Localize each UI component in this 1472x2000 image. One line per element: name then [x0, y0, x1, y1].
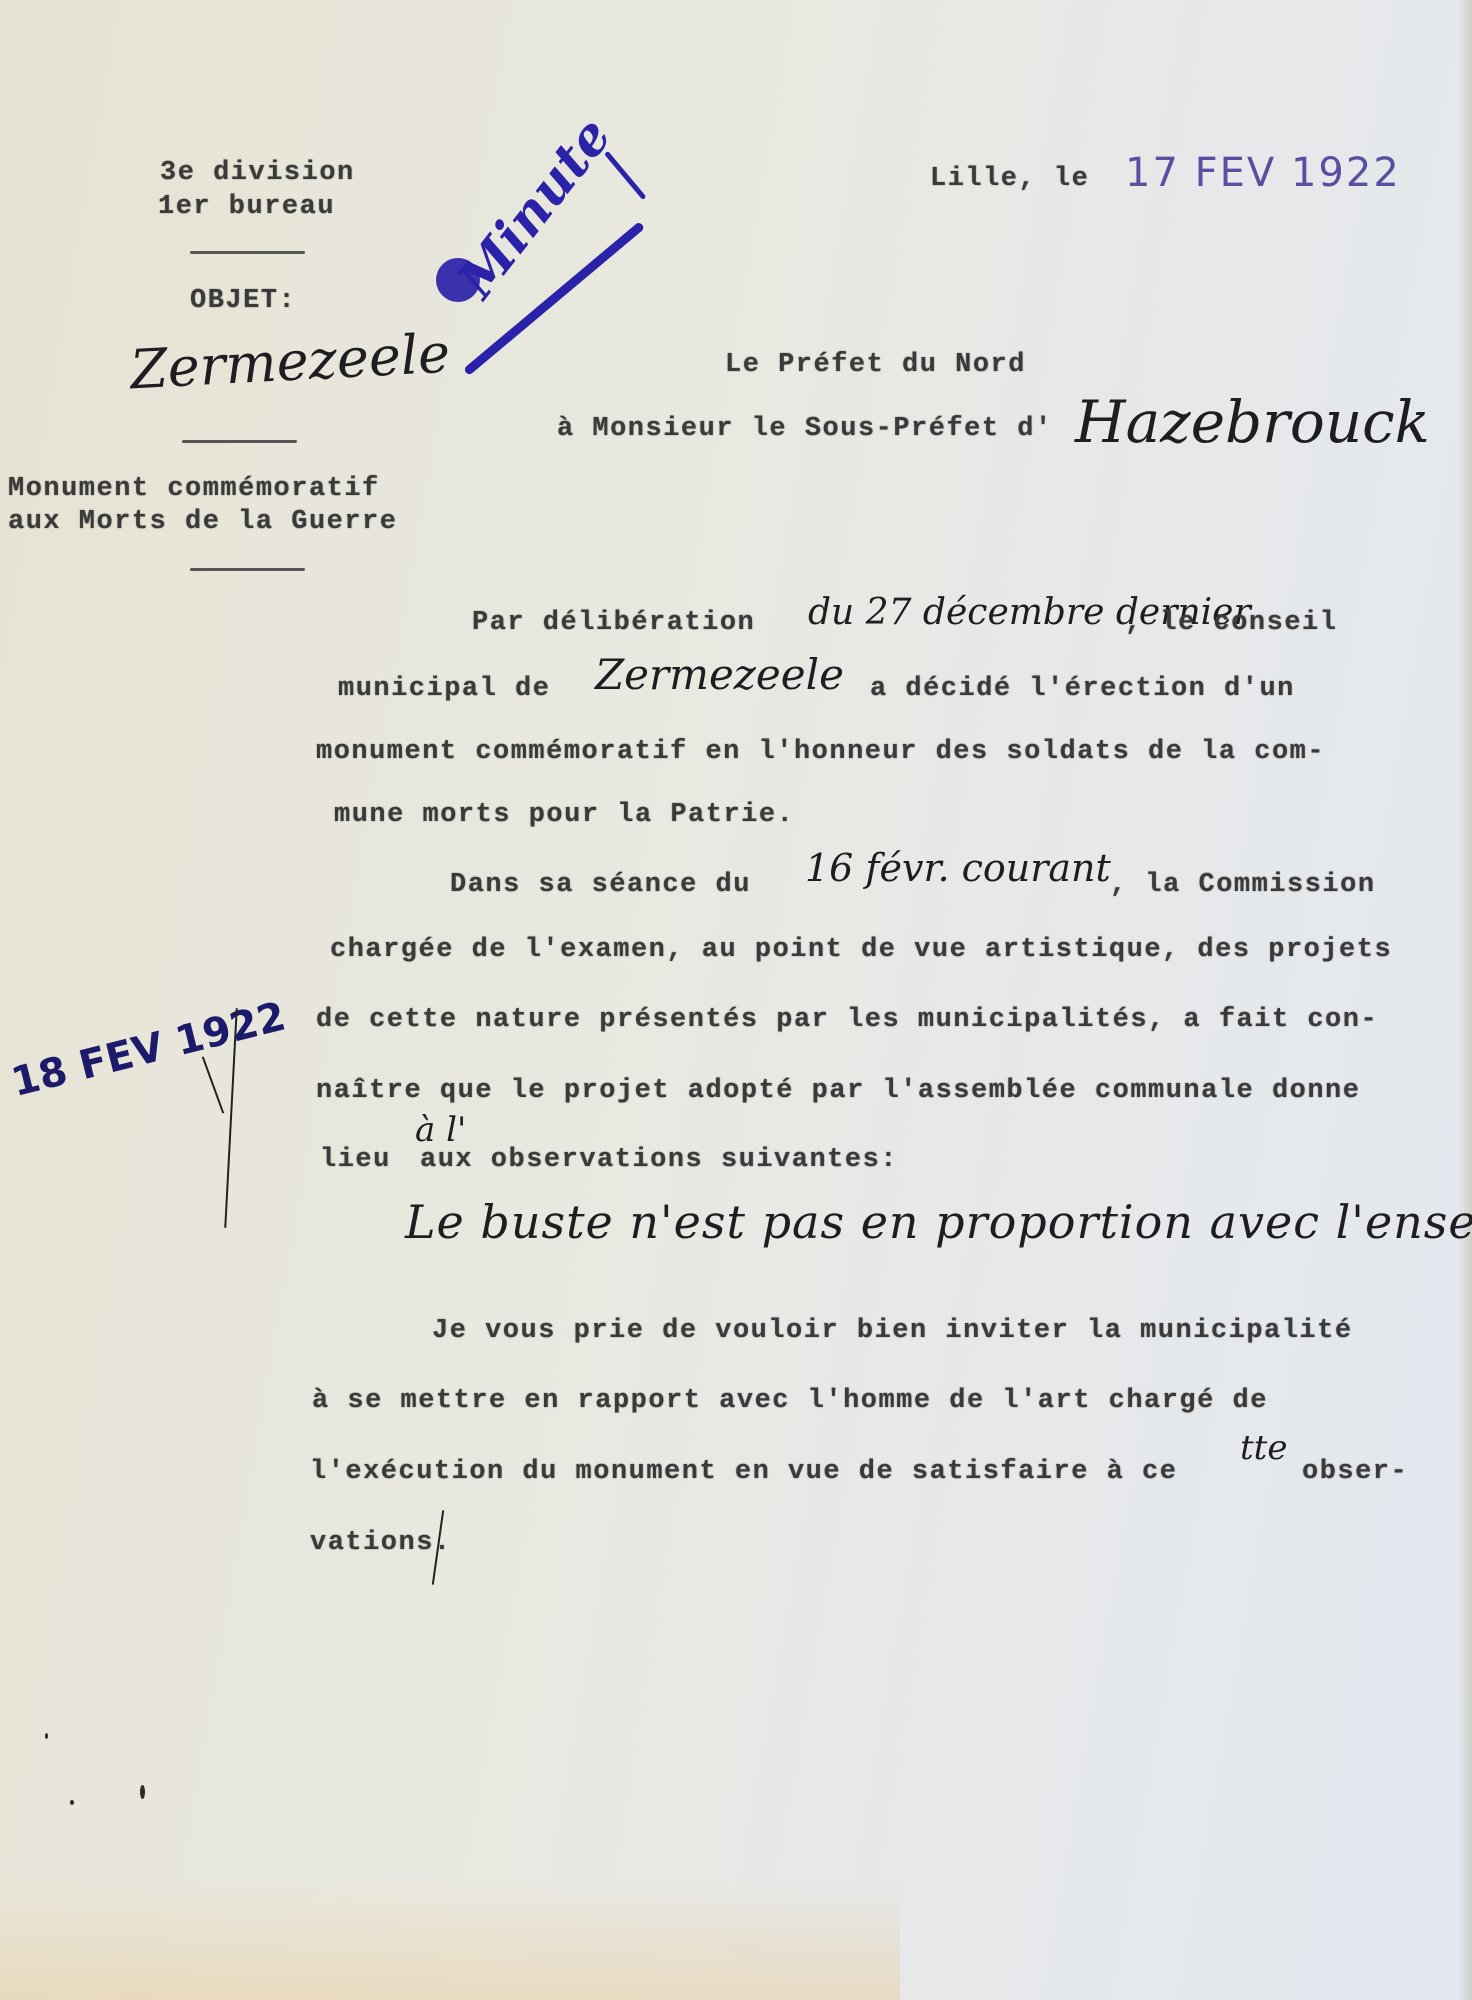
- para1-line3: monument commémoratif en l'honneur des s…: [316, 737, 1325, 767]
- para2-line3: de cette nature présentés par les munici…: [316, 1005, 1378, 1035]
- para2-line1-handwritten: 16 févr. courant: [805, 846, 1111, 890]
- para3-line3-correction: tte: [1240, 1428, 1287, 1468]
- division-label: 3e division: [160, 158, 355, 188]
- para1-line1-a: Par délibération: [472, 608, 755, 638]
- para1-line2-b: a décidé l'érection d'un: [870, 674, 1295, 704]
- para3-line3-b: obser-: [1302, 1457, 1408, 1487]
- para3-line1: Je vous prie de vouloir bien inviter la …: [432, 1316, 1353, 1346]
- subject-line-2: aux Morts de la Guerre: [8, 507, 397, 537]
- para2-line2: chargée de l'examen, au point de vue art…: [330, 935, 1392, 965]
- paper-edge: [1458, 0, 1472, 2000]
- para1-line2-a: municipal de: [338, 674, 550, 704]
- paper-speck: [140, 1785, 145, 1799]
- para2-line5-b: aux observations suivantes:: [420, 1145, 898, 1175]
- date-stamp: 17 FEV 1922: [1125, 150, 1401, 196]
- objet-label: OBJET:: [190, 286, 296, 316]
- para2-line1-b: , la Commission: [1110, 870, 1376, 900]
- para3-line2: à se mettre en rapport avec l'homme de l…: [312, 1386, 1268, 1416]
- sender-line: Le Préfet du Nord: [725, 350, 1026, 380]
- para3-line3-a: l'exécution du monument en vue de satisf…: [310, 1457, 1177, 1487]
- recipient-handwritten: Hazebrouck: [1075, 388, 1430, 456]
- received-date-stamp: 18 FEV 1922: [7, 994, 290, 1106]
- handwritten-observation: Le buste n'est pas en proportion avec l'…: [405, 1195, 1472, 1249]
- recipient-typed: à Monsieur le Sous-Préfet d': [557, 414, 1053, 444]
- paper-stain: [0, 1880, 900, 2000]
- para2-line5-a: lieu: [320, 1145, 391, 1175]
- divider: [190, 251, 305, 254]
- para3-line4: vations.: [310, 1528, 452, 1558]
- paper-speck: [45, 1733, 48, 1739]
- para1-line1-b: , le conseil: [1125, 608, 1337, 638]
- objet-commune-handwritten: Zermezeele: [129, 322, 452, 402]
- paper-speck: [70, 1800, 74, 1805]
- para1-line4: mune morts pour la Patrie.: [334, 800, 794, 830]
- initials-mark: [202, 1056, 224, 1113]
- para1-line2-handwritten: Zermezeele: [595, 650, 844, 699]
- divider: [190, 568, 305, 571]
- minute-stamp-text: Minute: [446, 106, 623, 309]
- dateline-place: Lille, le: [930, 164, 1089, 194]
- bureau-label: 1er bureau: [158, 192, 335, 222]
- para2-line5-correction: à l': [415, 1110, 466, 1150]
- minute-stamp-loop: [604, 151, 646, 200]
- subject-line-1: Monument commémoratif: [8, 474, 380, 504]
- divider: [182, 440, 297, 443]
- para2-line1-a: Dans sa séance du: [450, 870, 751, 900]
- para2-line4: naître que le projet adopté par l'assemb…: [316, 1076, 1360, 1106]
